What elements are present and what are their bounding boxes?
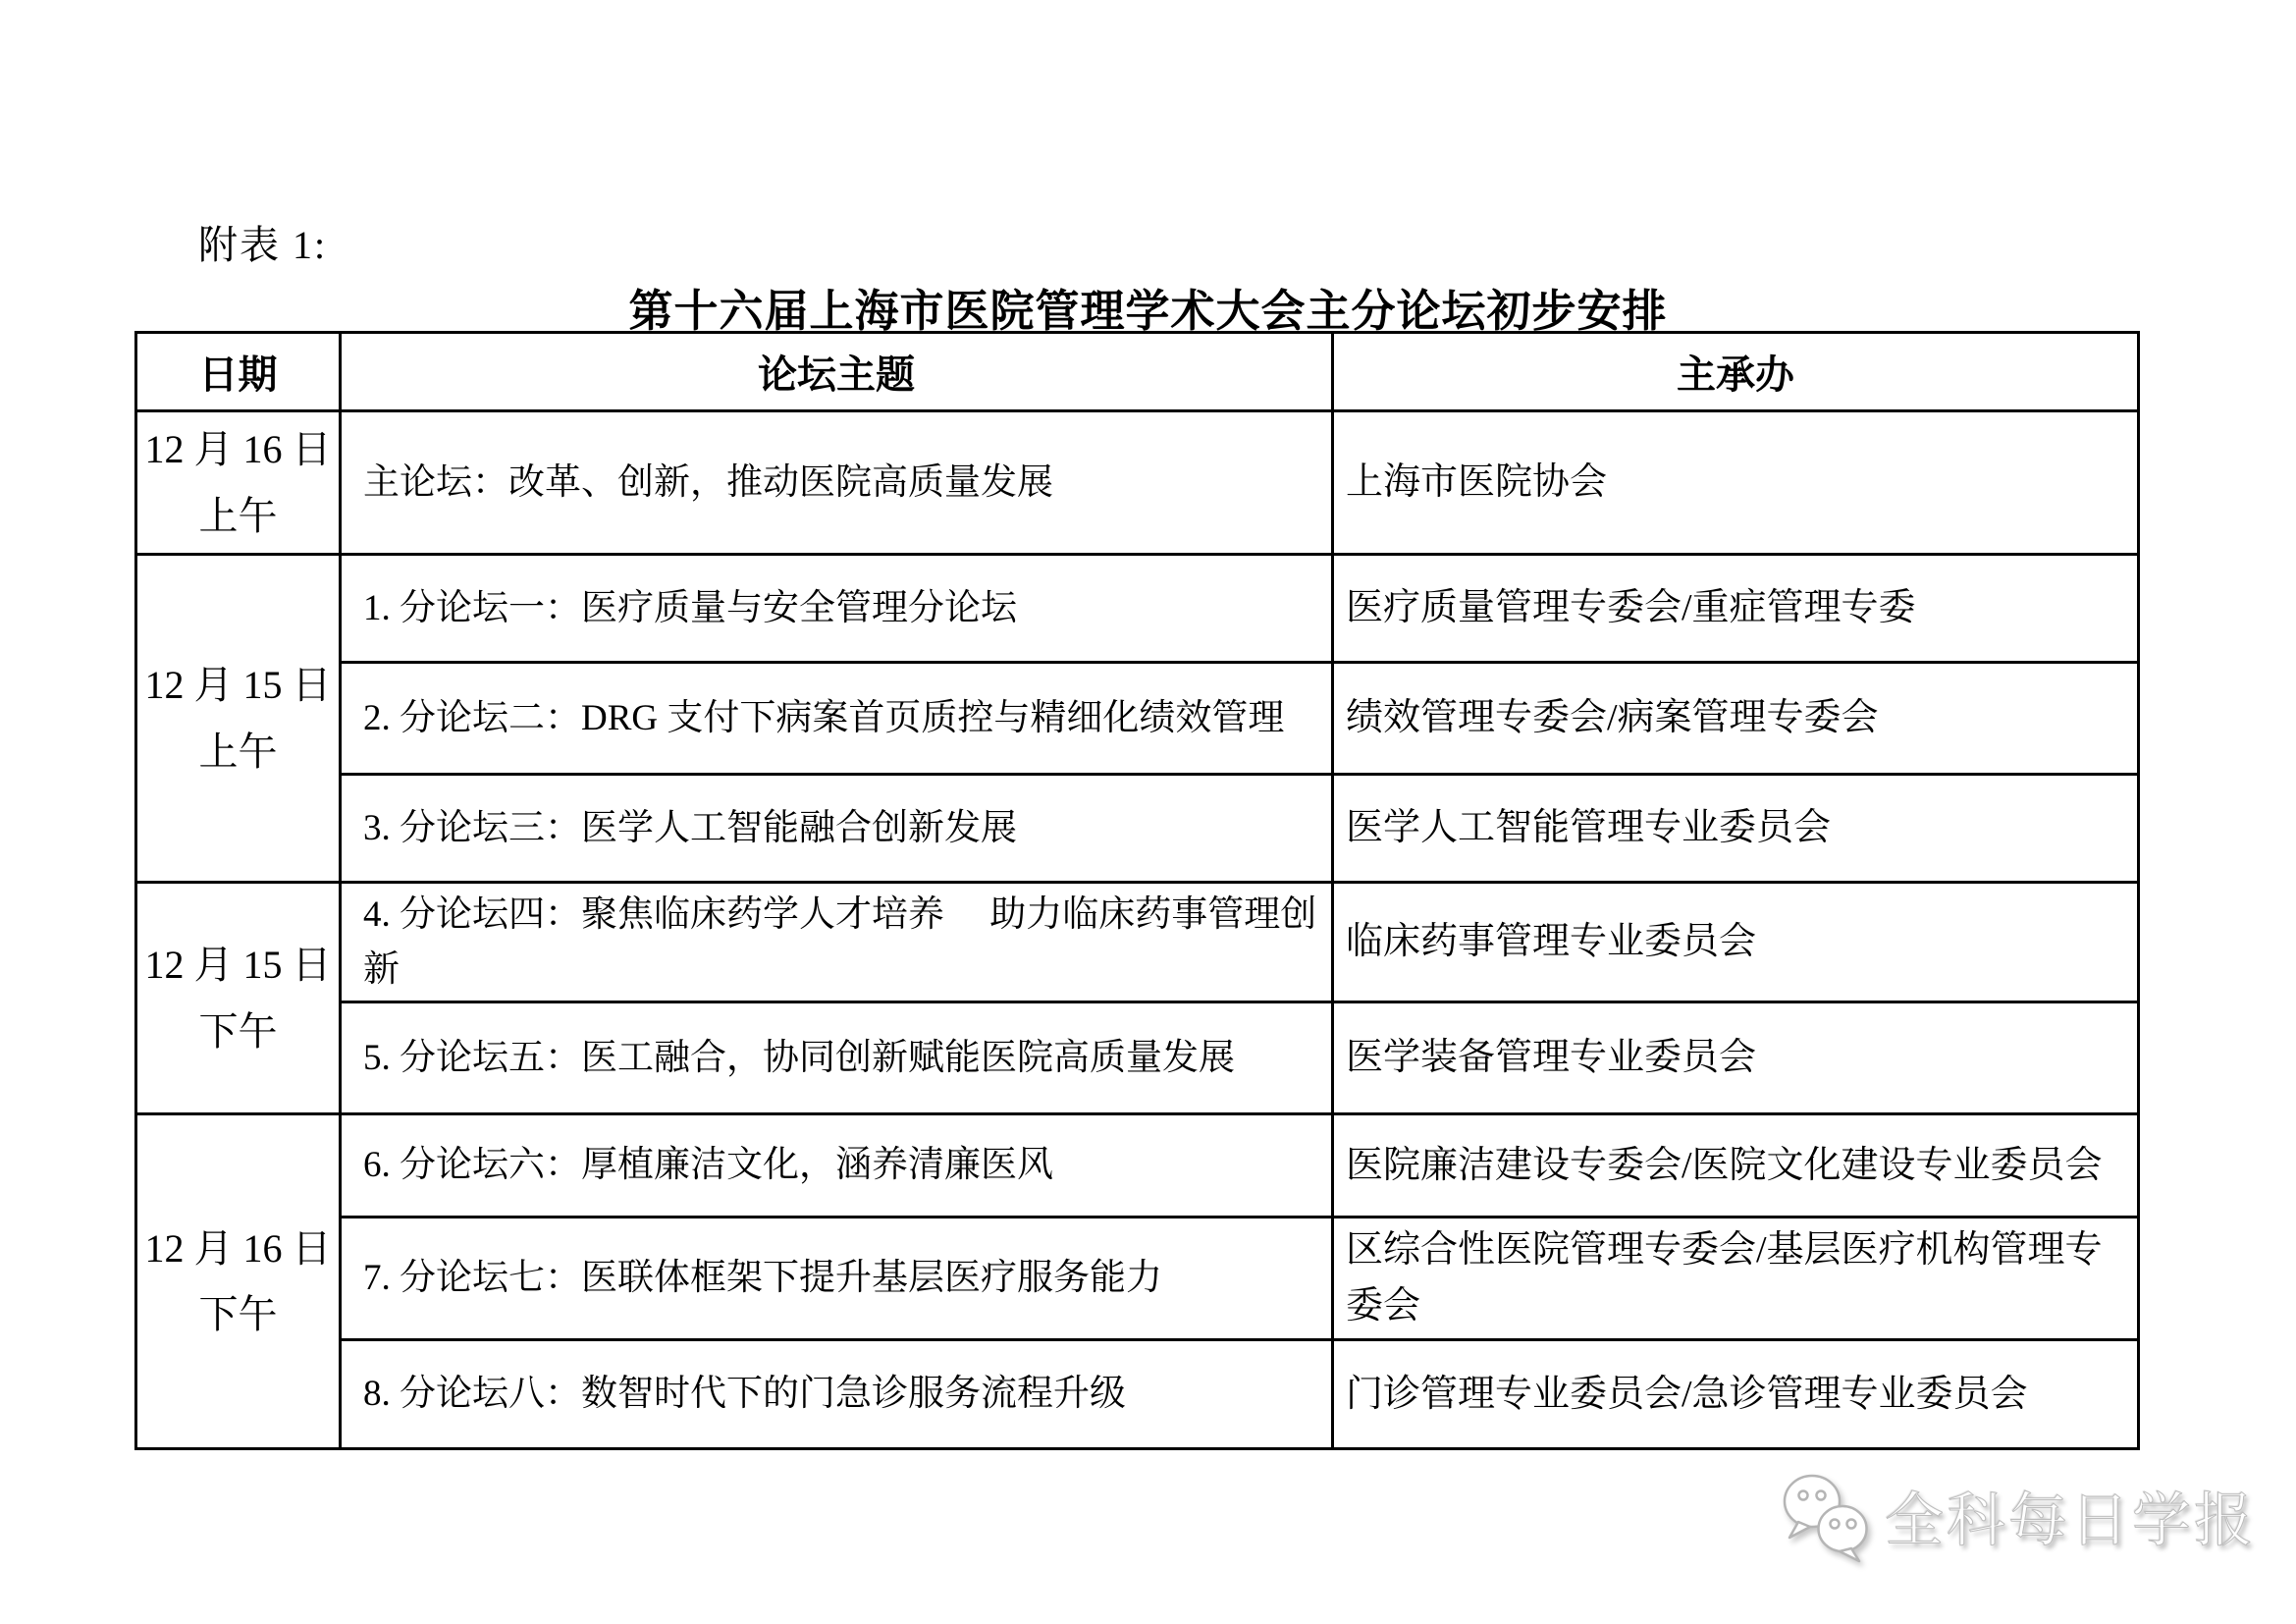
cell-organizer: 区综合性医院管理专委会/基层医疗机构管理专委会 <box>1333 1218 2139 1340</box>
table-row: 12 月 15 日 下午 4. 分论坛四：聚焦临床药学人才培养 助力临床药事管理… <box>136 883 2139 1002</box>
page-title: 第十六届上海市医院管理学术大会主分论坛初步安排 <box>0 275 2296 339</box>
cell-organizer: 医学人工智能管理专业委员会 <box>1333 775 2139 883</box>
date-cell-dec15-am: 12 月 15 日 上午 <box>136 555 341 883</box>
date-line: 12 月 15 日 <box>137 652 339 718</box>
cell-forum-topic: 2. 分论坛二：DRG 支付下病案首页质控与精细化绩效管理 <box>341 663 1333 775</box>
cell-organizer: 临床药事管理专业委员会 <box>1333 883 2139 1002</box>
date-line: 下午 <box>137 1281 339 1347</box>
cell-forum-topic: 主论坛：改革、创新，推动医院高质量发展 <box>341 411 1333 555</box>
table-row: 2. 分论坛二：DRG 支付下病案首页质控与精细化绩效管理 绩效管理专委会/病案… <box>136 663 2139 775</box>
cell-organizer: 上海市医院协会 <box>1333 411 2139 555</box>
table-row: 12 月 16 日 下午 6. 分论坛六：厚植廉洁文化，涵养清廉医风 医院廉洁建… <box>136 1114 2139 1218</box>
cell-forum-topic: 4. 分论坛四：聚焦临床药学人才培养 助力临床药事管理创新 <box>341 883 1333 1002</box>
date-line: 12 月 16 日 <box>137 1216 339 1281</box>
header-organizer: 主承办 <box>1333 333 2139 411</box>
table-row: 5. 分论坛五：医工融合，协同创新赋能医院高质量发展 医学装备管理专业委员会 <box>136 1002 2139 1114</box>
cell-forum-topic: 6. 分论坛六：厚植廉洁文化，涵养清廉医风 <box>341 1114 1333 1218</box>
table-row: 12 月 15 日 上午 1. 分论坛一：医疗质量与安全管理分论坛 医疗质量管理… <box>136 555 2139 663</box>
cell-forum-topic: 5. 分论坛五：医工融合，协同创新赋能医院高质量发展 <box>341 1002 1333 1114</box>
header-topic: 论坛主题 <box>341 333 1333 411</box>
date-cell-dec15-pm: 12 月 15 日 下午 <box>136 883 341 1114</box>
cell-forum-topic: 3. 分论坛三：医学人工智能融合创新发展 <box>341 775 1333 883</box>
appendix-label: 附表 1: <box>198 214 327 270</box>
table-header-row: 日期 论坛主题 主承办 <box>136 333 2139 411</box>
date-line: 12 月 16 日 <box>137 416 339 482</box>
table-row: 7. 分论坛七：医联体框架下提升基层医疗服务能力 区综合性医院管理专委会/基层医… <box>136 1218 2139 1340</box>
table-row: 8. 分论坛八：数智时代下的门急诊服务流程升级 门诊管理专业委员会/急诊管理专业… <box>136 1340 2139 1449</box>
cell-forum-topic: 7. 分论坛七：医联体框架下提升基层医疗服务能力 <box>341 1218 1333 1340</box>
cell-organizer: 绩效管理专委会/病案管理专委会 <box>1333 663 2139 775</box>
cell-organizer: 医学装备管理专业委员会 <box>1333 1002 2139 1114</box>
watermark-text: 全科每日学报 <box>1885 1474 2256 1558</box>
date-cell-dec16-am: 12 月 16 日 上午 <box>136 411 341 555</box>
table-row: 3. 分论坛三：医学人工智能融合创新发展 医学人工智能管理专业委员会 <box>136 775 2139 883</box>
cell-organizer: 门诊管理专业委员会/急诊管理专业委员会 <box>1333 1340 2139 1449</box>
wechat-icon <box>1777 1469 1875 1563</box>
header-date: 日期 <box>136 333 341 411</box>
cell-forum-topic: 1. 分论坛一：医疗质量与安全管理分论坛 <box>341 555 1333 663</box>
watermark: 全科每日学报 <box>1777 1467 2256 1565</box>
schedule-table: 日期 论坛主题 主承办 12 月 16 日 上午 主论坛：改革、创新，推动医院高… <box>134 331 2140 1450</box>
cell-organizer: 医院廉洁建设专委会/医院文化建设专业委员会 <box>1333 1114 2139 1218</box>
cell-forum-topic: 8. 分论坛八：数智时代下的门急诊服务流程升级 <box>341 1340 1333 1449</box>
date-line: 12 月 15 日 <box>137 932 339 998</box>
date-cell-dec16-pm: 12 月 16 日 下午 <box>136 1114 341 1449</box>
table-row: 12 月 16 日 上午 主论坛：改革、创新，推动医院高质量发展 上海市医院协会 <box>136 411 2139 555</box>
date-line: 下午 <box>137 999 339 1064</box>
date-line: 上午 <box>137 483 339 549</box>
date-line: 上午 <box>137 719 339 785</box>
cell-organizer: 医疗质量管理专委会/重症管理专委 <box>1333 555 2139 663</box>
